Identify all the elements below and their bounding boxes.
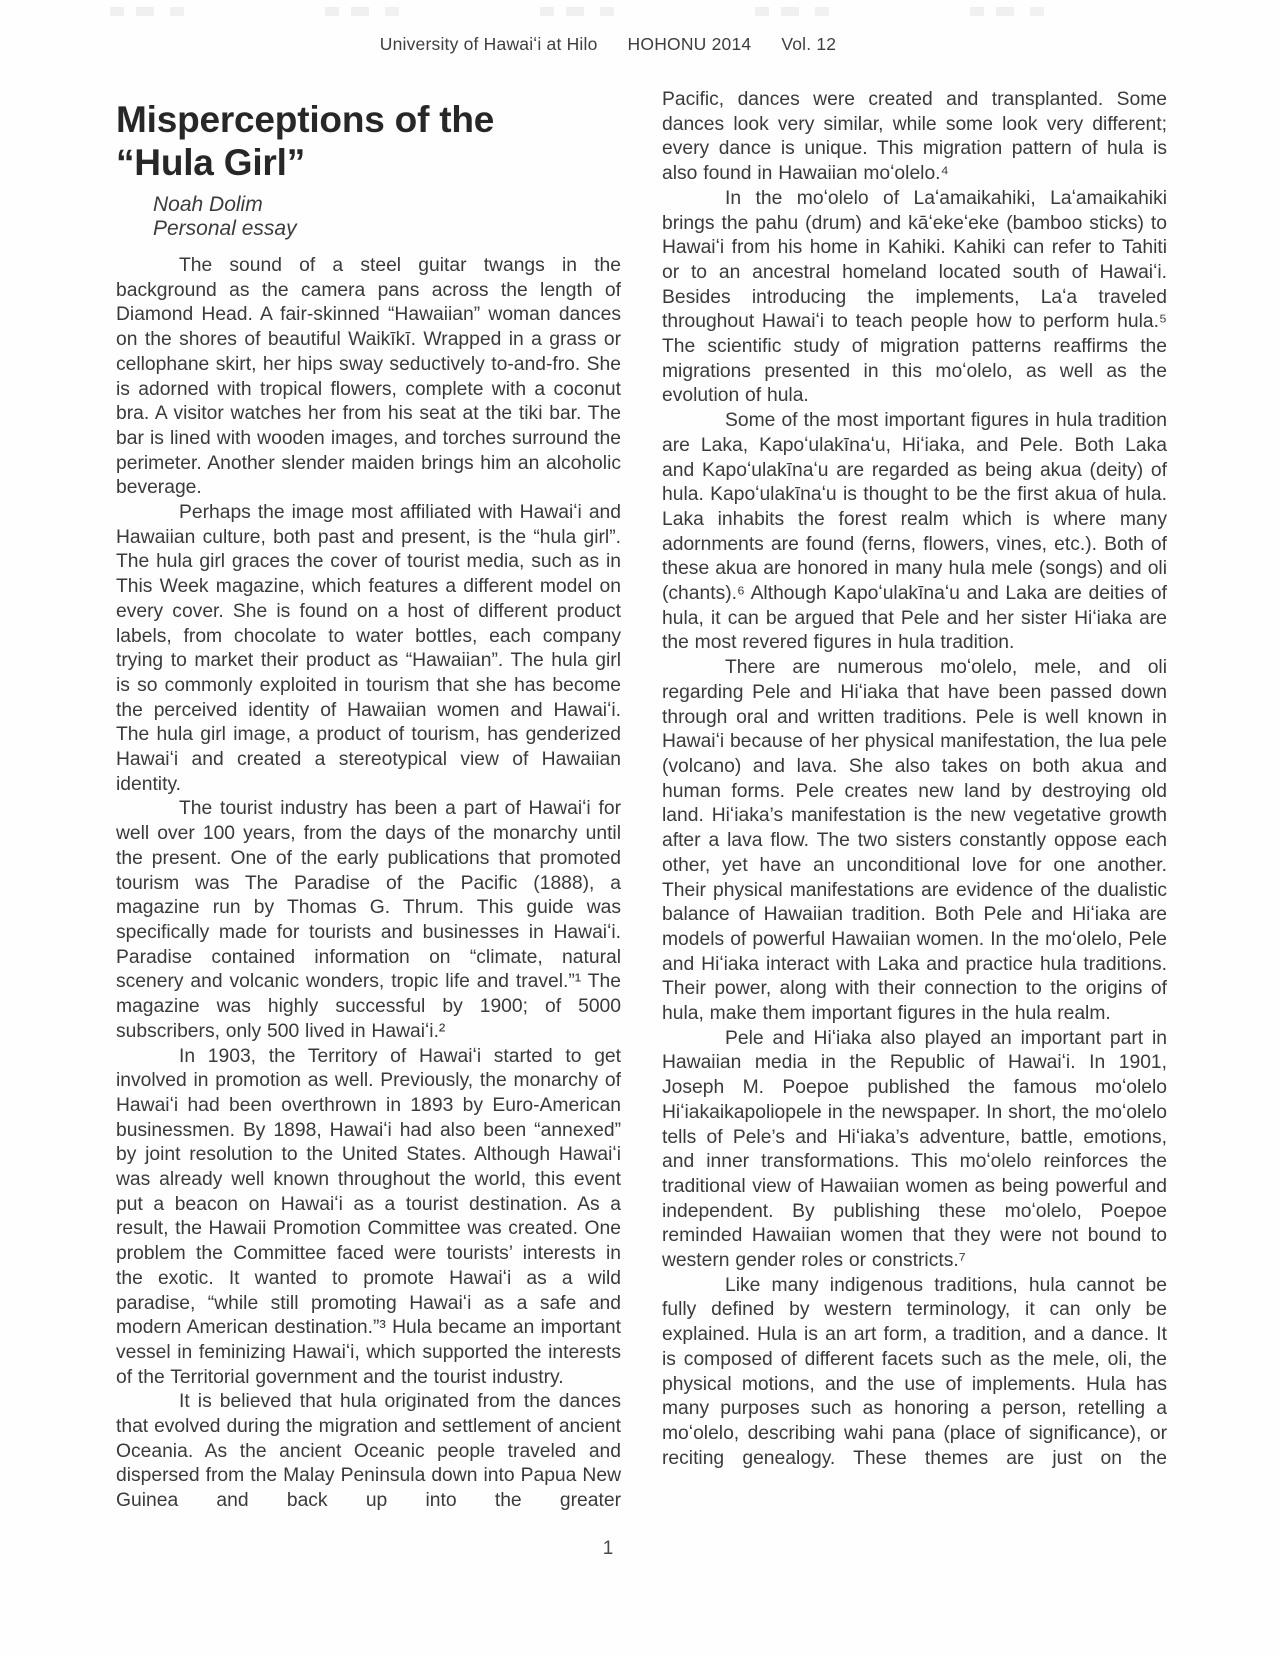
essay-paragraph: Pacific, dances were created and transpl… bbox=[662, 88, 1167, 187]
author-name: Noah Dolim bbox=[153, 193, 621, 217]
essay-paragraph: Like many indigenous traditions, hula ca… bbox=[662, 1274, 1167, 1472]
right-column: Pacific, dances were created and transpl… bbox=[662, 0, 1167, 1656]
article-title-line2: “Hula Girl” bbox=[116, 142, 305, 183]
left-column: Misperceptions of the “Hula Girl” Noah D… bbox=[116, 0, 621, 1656]
essay-paragraph: Some of the most important figures in hu… bbox=[662, 409, 1167, 656]
essay-paragraph: There are numerous moʻolelo, mele, and o… bbox=[662, 656, 1167, 1027]
byline: Noah Dolim Personal essay bbox=[153, 193, 621, 241]
essay-paragraph: In 1903, the Territory of Hawaiʻi starte… bbox=[116, 1045, 621, 1391]
essay-paragraph: In the moʻolelo of Laʻamaikahiki, Laʻama… bbox=[662, 187, 1167, 409]
essay-paragraph: The sound of a steel guitar twangs in th… bbox=[116, 254, 621, 501]
essay-paragraph: Perhaps the image most affiliated with H… bbox=[116, 501, 621, 797]
essay-type: Personal essay bbox=[153, 217, 621, 241]
page-number: 1 bbox=[603, 1538, 614, 1559]
left-column-paragraphs: The sound of a steel guitar twangs in th… bbox=[116, 254, 621, 1514]
essay-paragraph: Pele and Hiʻiaka also played an importan… bbox=[662, 1027, 1167, 1274]
right-column-paragraphs: Pacific, dances were created and transpl… bbox=[662, 0, 1167, 1471]
article-title: Misperceptions of the “Hula Girl” bbox=[116, 98, 621, 184]
two-column-body: Misperceptions of the “Hula Girl” Noah D… bbox=[116, 0, 1167, 1656]
essay-paragraph: The tourist industry has been a part of … bbox=[116, 797, 621, 1044]
document-page: University of Hawaiʻi at Hilo HOHONU 201… bbox=[0, 0, 1280, 1656]
article-title-line1: Misperceptions of the bbox=[116, 99, 494, 140]
page-footer: 1 bbox=[0, 1538, 1216, 1560]
essay-paragraph: It is believed that hula originated from… bbox=[116, 1390, 621, 1514]
